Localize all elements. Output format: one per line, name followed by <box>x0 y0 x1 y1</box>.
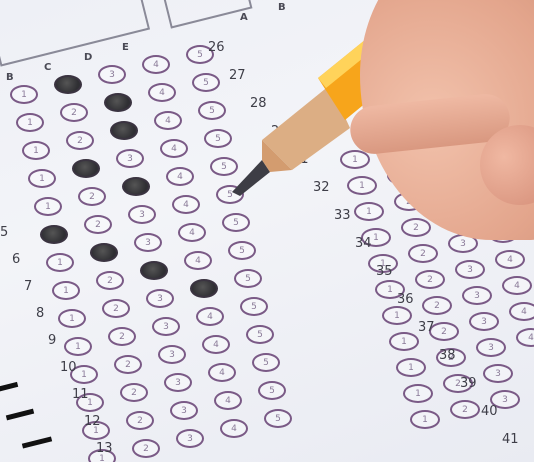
question-number: 8 <box>36 306 44 321</box>
answer-bubble[interactable] <box>110 121 138 140</box>
answer-bubble[interactable]: 1 <box>347 176 377 195</box>
question-number: 11 <box>72 387 89 402</box>
answer-bubble[interactable]: 4 <box>220 419 248 438</box>
id-grid-box-right <box>162 0 253 29</box>
question-number: 28 <box>250 96 267 111</box>
question-number: 9 <box>48 333 56 348</box>
answer-bubble[interactable]: 4 <box>202 335 230 354</box>
answer-bubble[interactable]: 2 <box>108 327 136 346</box>
answer-bubble[interactable]: 1 <box>10 85 38 104</box>
answer-bubble[interactable]: 2 <box>408 244 438 263</box>
question-number: 29 <box>271 124 288 139</box>
column-header: B <box>278 2 286 13</box>
question-number: 39 <box>460 376 477 391</box>
answer-bubble[interactable]: 2 <box>422 296 452 315</box>
column-header: C <box>44 62 51 73</box>
question-number: 41 <box>502 432 519 447</box>
answer-bubble[interactable]: 4 <box>516 328 534 347</box>
answer-bubble[interactable]: 1 <box>22 141 50 160</box>
question-number: 13 <box>96 441 113 456</box>
answer-bubble[interactable]: 2 <box>84 215 112 234</box>
answer-bubble[interactable]: 5 <box>198 101 226 120</box>
answer-bubble[interactable]: 3 <box>455 260 485 279</box>
answer-bubble[interactable]: 5 <box>246 325 274 344</box>
answer-bubble[interactable]: 5 <box>192 73 220 92</box>
question-number: 5 <box>0 225 8 240</box>
answer-bubble[interactable]: 5 <box>204 129 232 148</box>
answer-bubble[interactable]: 2 <box>126 411 154 430</box>
answer-bubble[interactable]: 5 <box>210 157 238 176</box>
question-number: 40 <box>481 404 498 419</box>
answer-bubble[interactable]: 5 <box>252 353 280 372</box>
question-number: 35 <box>376 264 393 279</box>
question-number: 34 <box>355 236 372 251</box>
question-number: 27 <box>229 68 246 83</box>
answer-bubble[interactable]: 1 <box>396 358 426 377</box>
answer-bubble[interactable] <box>190 279 218 298</box>
id-grid-box <box>0 0 150 67</box>
answer-bubble[interactable]: 4 <box>208 363 236 382</box>
answer-bubble[interactable]: 2 <box>66 131 94 150</box>
answer-bubble[interactable]: 2 <box>120 383 148 402</box>
answer-bubble[interactable]: 3 <box>476 338 506 357</box>
answer-bubble[interactable]: 4 <box>178 223 206 242</box>
question-number: 37 <box>418 320 435 335</box>
question-number: 36 <box>397 292 414 307</box>
answer-bubble[interactable]: 4 <box>142 55 170 74</box>
answer-bubble[interactable]: 1 <box>403 384 433 403</box>
answer-bubble[interactable]: 4 <box>495 250 525 269</box>
answer-bubble[interactable]: 3 <box>469 312 499 331</box>
answer-bubble[interactable]: 4 <box>148 83 176 102</box>
answer-bubble[interactable]: 4 <box>166 167 194 186</box>
answer-bubble[interactable]: 5 <box>240 297 268 316</box>
answer-bubble[interactable] <box>72 159 100 178</box>
question-number: 10 <box>60 360 77 375</box>
answer-bubble[interactable]: 1 <box>52 281 80 300</box>
answer-bubble[interactable]: 2 <box>102 299 130 318</box>
answer-bubble[interactable]: 5 <box>216 185 244 204</box>
answer-bubble[interactable]: 3 <box>462 286 492 305</box>
question-number: 7 <box>24 279 32 294</box>
answer-bubble[interactable]: 2 <box>415 270 445 289</box>
answer-bubble[interactable]: 1 <box>389 332 419 351</box>
question-number: 38 <box>439 348 456 363</box>
timing-mark <box>6 409 34 421</box>
answer-bubble[interactable]: 1 <box>410 410 440 429</box>
answer-bubble[interactable]: 1 <box>382 306 412 325</box>
question-number: 31 <box>292 152 309 167</box>
answer-bubble[interactable]: 4 <box>502 276 532 295</box>
answer-bubble[interactable] <box>40 225 68 244</box>
question-number: 33 <box>334 208 351 223</box>
answer-bubble[interactable]: 1 <box>64 337 92 356</box>
answer-bubble[interactable]: 3 <box>483 364 513 383</box>
answer-bubble[interactable]: 3 <box>164 373 192 392</box>
answer-bubble[interactable]: 3 <box>170 401 198 420</box>
answer-bubble[interactable]: 5 <box>234 269 262 288</box>
answer-bubble[interactable]: 3 <box>128 205 156 224</box>
timing-mark <box>0 382 18 393</box>
answer-bubble[interactable]: 2 <box>114 355 142 374</box>
question-number: 6 <box>12 252 20 267</box>
answer-bubble[interactable]: 2 <box>96 271 124 290</box>
answer-bubble[interactable]: 4 <box>154 111 182 130</box>
column-header: A <box>240 12 248 23</box>
answer-bubble[interactable] <box>90 243 118 262</box>
answer-bubble[interactable]: 4 <box>509 302 534 321</box>
answer-bubble[interactable]: 4 <box>172 195 200 214</box>
answer-bubble[interactable]: 2 <box>450 400 480 419</box>
answer-bubble[interactable]: 5 <box>222 213 250 232</box>
question-number: 32 <box>313 180 330 195</box>
answer-bubble[interactable]: 3 <box>134 233 162 252</box>
answer-bubble[interactable]: 5 <box>228 241 256 260</box>
answer-bubble[interactable]: 2 <box>78 187 106 206</box>
answer-bubble[interactable]: 3 <box>116 149 144 168</box>
question-number: 12 <box>84 414 101 429</box>
column-header: B <box>6 72 14 83</box>
question-number: 26 <box>208 40 225 55</box>
answer-bubble[interactable] <box>140 261 168 280</box>
answer-bubble[interactable]: 1 <box>28 169 56 188</box>
answer-bubble[interactable]: 3 <box>176 429 204 448</box>
answer-bubble[interactable]: 1 <box>16 113 44 132</box>
answer-bubble[interactable]: 4 <box>214 391 242 410</box>
answer-bubble[interactable]: 5 <box>258 381 286 400</box>
answer-bubble[interactable] <box>104 93 132 112</box>
answer-bubble[interactable]: 5 <box>264 409 292 428</box>
column-header: D <box>84 52 92 63</box>
answer-bubble[interactable]: 1 <box>34 197 62 216</box>
answer-bubble[interactable]: 3 <box>152 317 180 336</box>
answer-bubble[interactable]: 3 <box>146 289 174 308</box>
answer-bubble[interactable]: 4 <box>160 139 188 158</box>
answer-bubble[interactable]: 3 <box>158 345 186 364</box>
answer-bubble[interactable]: 2 <box>132 439 160 458</box>
answer-bubble[interactable] <box>122 177 150 196</box>
answer-bubble[interactable]: 3 <box>98 65 126 84</box>
answer-bubble[interactable]: 1 <box>340 150 370 169</box>
answer-bubble[interactable]: 1 <box>58 309 86 328</box>
column-header: E <box>122 42 129 53</box>
answer-bubble[interactable]: 2 <box>401 218 431 237</box>
answer-bubble[interactable]: 4 <box>196 307 224 326</box>
answer-bubble[interactable]: 1 <box>46 253 74 272</box>
answer-bubble[interactable]: 1 <box>354 202 384 221</box>
timing-mark <box>22 436 52 448</box>
answer-bubble[interactable]: 2 <box>60 103 88 122</box>
answer-bubble[interactable] <box>54 75 82 94</box>
answer-bubble[interactable]: 4 <box>184 251 212 270</box>
